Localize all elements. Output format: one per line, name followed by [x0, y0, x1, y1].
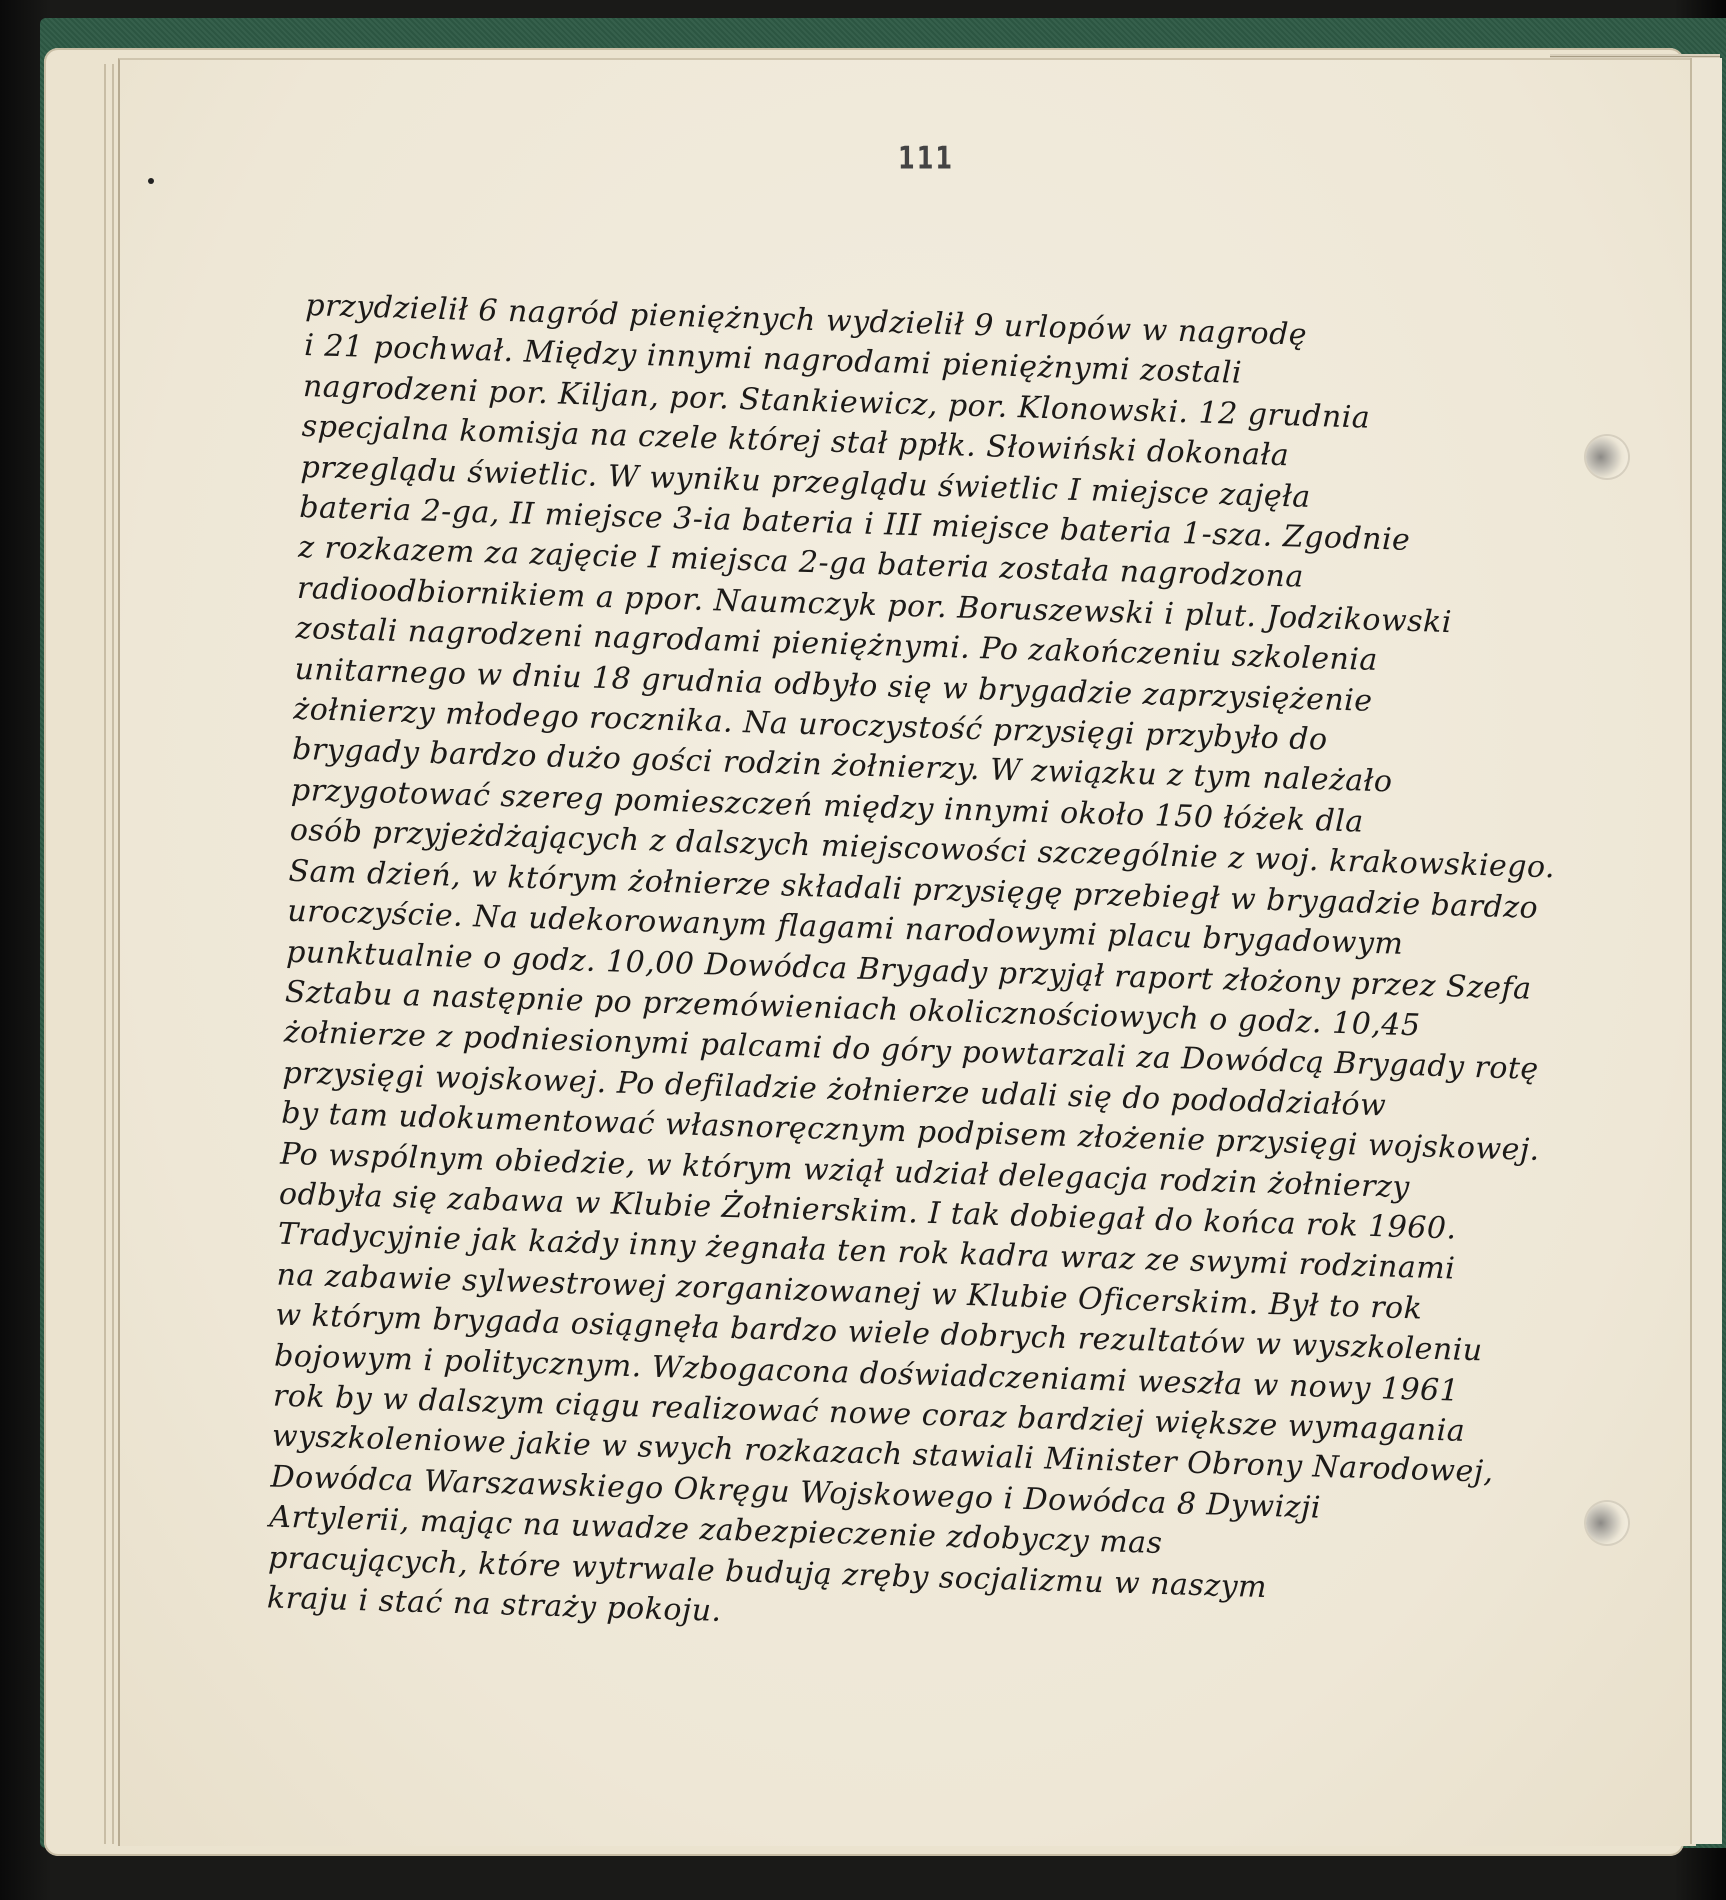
- ink-mark: [148, 178, 154, 184]
- punch-hole-top: [1586, 436, 1628, 478]
- page-edge-line: [104, 64, 106, 1844]
- next-page-strip: [1692, 58, 1722, 1844]
- punch-hole-bottom: [1586, 1502, 1628, 1544]
- handwritten-text: przydzielił 6 nagród pieniężnych wydziel…: [266, 286, 1555, 1656]
- page-number: 111: [898, 140, 954, 176]
- page-edge-line: [112, 64, 114, 1844]
